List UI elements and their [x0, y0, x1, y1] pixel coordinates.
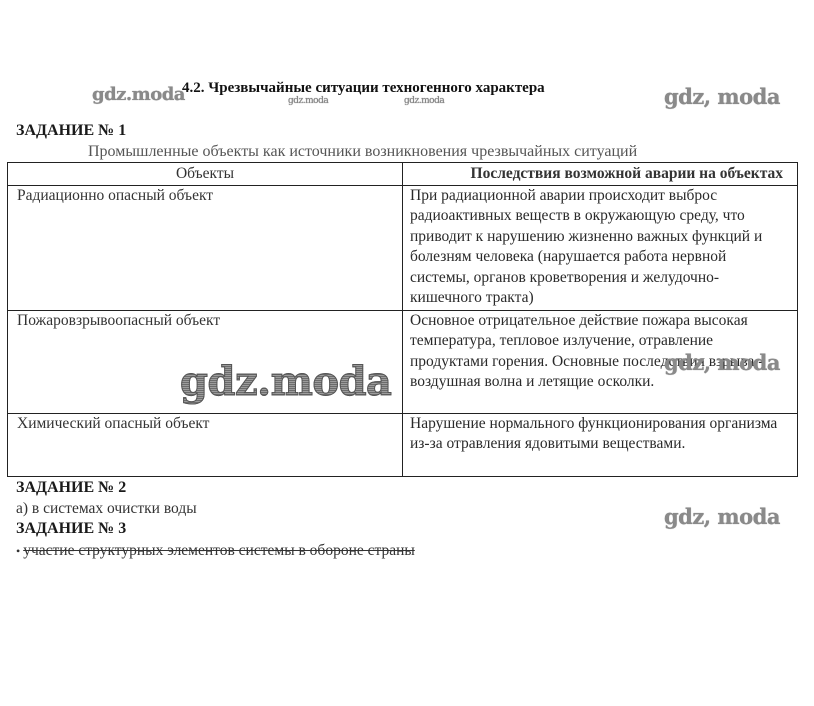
task2-heading: ЗАДАНИЕ № 2: [16, 479, 126, 497]
cell-consequences: Нарушение нормального функционирования о…: [403, 413, 798, 476]
task3-answer: •участие структурных элементов системы в…: [16, 542, 415, 560]
bullet-icon: •: [16, 544, 20, 559]
task1-heading: ЗАДАНИЕ № 1: [16, 122, 126, 140]
watermark-bottom-right: gdz, moda: [664, 504, 780, 529]
watermark-small: gdz.moda: [288, 96, 328, 106]
objects-table: Объекты Последствия возможной аварии на …: [7, 162, 798, 477]
table-header-row: Объекты Последствия возможной аварии на …: [8, 163, 798, 186]
cell-object: Химический опасный объект: [8, 413, 403, 476]
task2-answer: а) в системах очистки воды: [16, 500, 197, 518]
cell-object: Радиационно опасный объект: [8, 185, 403, 310]
table-row: Радиационно опасный объект При радиацион…: [8, 185, 798, 310]
header-consequences: Последствия возможной аварии на объектах: [403, 163, 798, 186]
watermark-small: gdz.moda: [404, 96, 444, 106]
watermark-center-large: gdz.moda: [180, 358, 391, 405]
task3-heading: ЗАДАНИЕ № 3: [16, 520, 126, 538]
table-row: Химический опасный объект Нарушение норм…: [8, 413, 798, 476]
page-title: 4.2. Чрезвычайные ситуации техногенного …: [182, 80, 545, 97]
watermark-top-left: gdz.moda: [92, 84, 185, 105]
header-objects: Объекты: [8, 163, 403, 186]
task3-answer-text: участие структурных элементов системы в …: [23, 542, 415, 559]
watermark-mid-right: gdz, moda: [664, 350, 780, 375]
watermark-top-right: gdz, moda: [664, 84, 780, 109]
cell-consequences: При радиационной аварии происходит выбро…: [403, 185, 798, 310]
table-caption: Промышленные объекты как источники возни…: [88, 143, 637, 161]
